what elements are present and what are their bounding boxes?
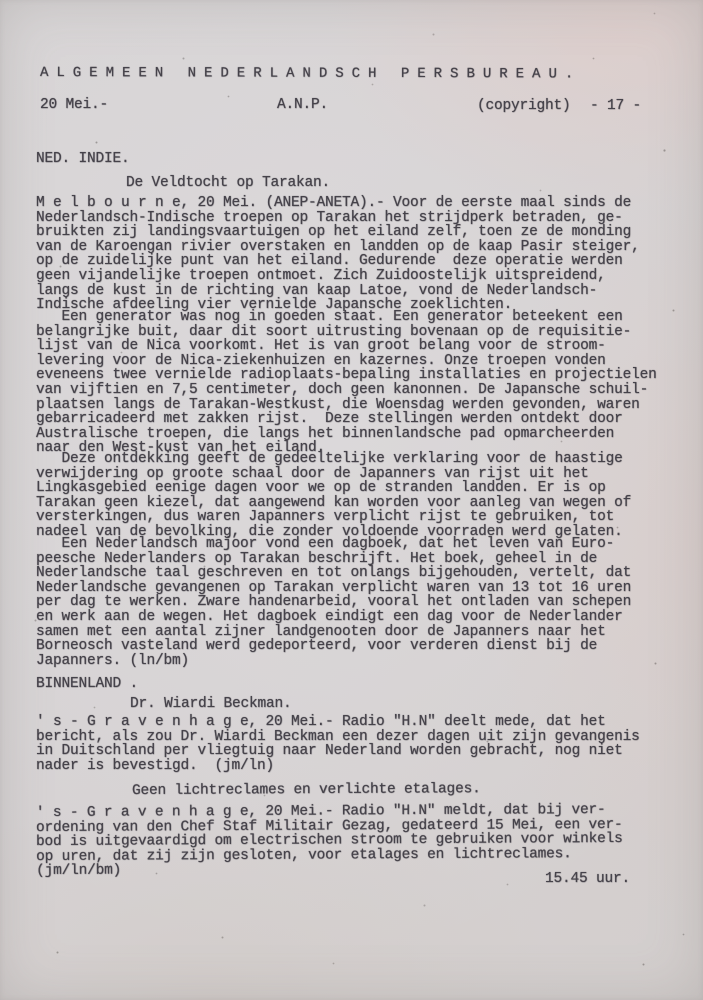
paper-speckles <box>0 0 1 1</box>
issue-date: 20 Mei.- <box>40 98 108 113</box>
press-bureau-name: A L G E M E E N N E D E R L A N D S C H … <box>40 66 573 82</box>
page-number: - 17 - <box>590 99 641 114</box>
article-paragraph: M e l b o u r n e, 20 Mei. (ANEP-ANETA).… <box>36 196 698 313</box>
article-body-lichtreclames: ' s - G r a v e n h a g e, 20 Mei.- Radi… <box>36 803 698 879</box>
time-stamp: 15.45 uur. <box>545 872 630 887</box>
scanned-document-page: A L G E M E E N N E D E R L A N D S C H … <box>0 0 703 1000</box>
article-title-wiardi-beckman: Dr. Wiardi Beckman. <box>130 697 292 712</box>
article-body-wiardi-beckman: ' s - G r a v e n h a g e, 20 Mei.- Radi… <box>36 715 698 773</box>
article-paragraph: Deze ontdekking geeft de gedeeltelijke v… <box>36 452 698 540</box>
section-heading-binnenland: BINNENLAND . <box>36 677 138 692</box>
article-paragraph: Een Nederlandsch majoor vond een dagboek… <box>36 537 698 668</box>
copyright-notice: (copyright) <box>477 99 571 114</box>
agency-abbreviation: A.N.P. <box>277 98 328 113</box>
article-title-tarakan: De Veldtocht op Tarakan. <box>126 176 330 191</box>
article-paragraph: Een generator was nog in goeden staat. E… <box>36 310 698 456</box>
section-heading-ned-indie: NED. INDIE. <box>36 152 130 167</box>
article-title-lichtreclames: Geen lichtreclames en verlichte etalages… <box>132 782 481 798</box>
